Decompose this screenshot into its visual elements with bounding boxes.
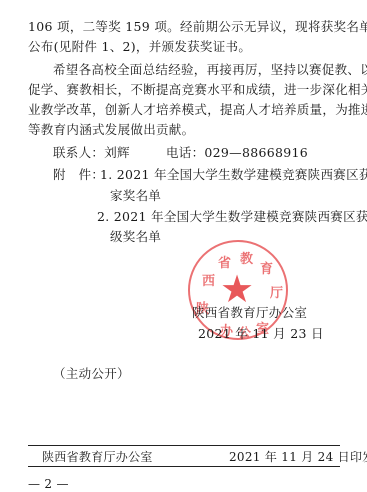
paragraph-line-1: 希望各高校全面总结经验，再接再厉，坚持以赛促教、以赛	[53, 62, 367, 78]
paragraph-line-2: 促学、赛教相长，不断提高竞赛水平和成绩，进一步深化相关专	[28, 82, 367, 98]
star-icon: ★	[220, 270, 254, 308]
footer-top-rule	[28, 445, 340, 446]
attachment-2-line-1: 2. 2021 年全国大学生数学建模竞赛陕西赛区获省	[97, 209, 367, 225]
seal-char: 教	[240, 248, 253, 267]
attachment-1-line-1: 1. 2021 年全国大学生数学建模竞赛陕西赛区获国	[100, 167, 367, 183]
attachments-label: 附 件：	[53, 167, 104, 183]
footer-print-date: 2021 年 11 月 24 日印发	[229, 449, 367, 465]
signature-org: 陕西省教育厅办公室	[192, 305, 307, 321]
body-line-1: 106 项，二等奖 159 项。经前期公示无异议，现将获奖名单予以	[28, 19, 367, 35]
contact-phone: 电话：029—88668916	[166, 145, 308, 161]
seal-char: 省	[218, 252, 231, 271]
contact-person: 联系人：刘辉	[53, 145, 130, 161]
footer-org: 陕西省教育厅办公室	[42, 449, 153, 465]
attachment-2-line-2: 级奖名单	[110, 229, 161, 245]
seal-char: 育	[260, 258, 273, 277]
footer-bottom-rule	[28, 466, 340, 467]
seal-char: 厅	[270, 282, 283, 301]
paragraph-line-3: 业教学改革，创新人才培养模式，提高人才培养质量，为推进高	[28, 102, 367, 118]
body-line-2: 公布(见附件 1、2)，并颁发获奖证书。	[28, 39, 251, 55]
paragraph-line-4: 等教育内涵式发展做出贡献。	[28, 122, 194, 138]
official-seal: ★ 陕 西 省 教 育 厅 办 公 室	[188, 240, 288, 340]
disclosure-note: （主动公开）	[53, 366, 130, 382]
signature-date: 2021 年 11 月 23 日	[198, 326, 324, 342]
page-number: — 2 —	[28, 476, 69, 492]
attachment-1-line-2: 家奖名单	[110, 188, 161, 204]
seal-char: 西	[202, 270, 215, 289]
